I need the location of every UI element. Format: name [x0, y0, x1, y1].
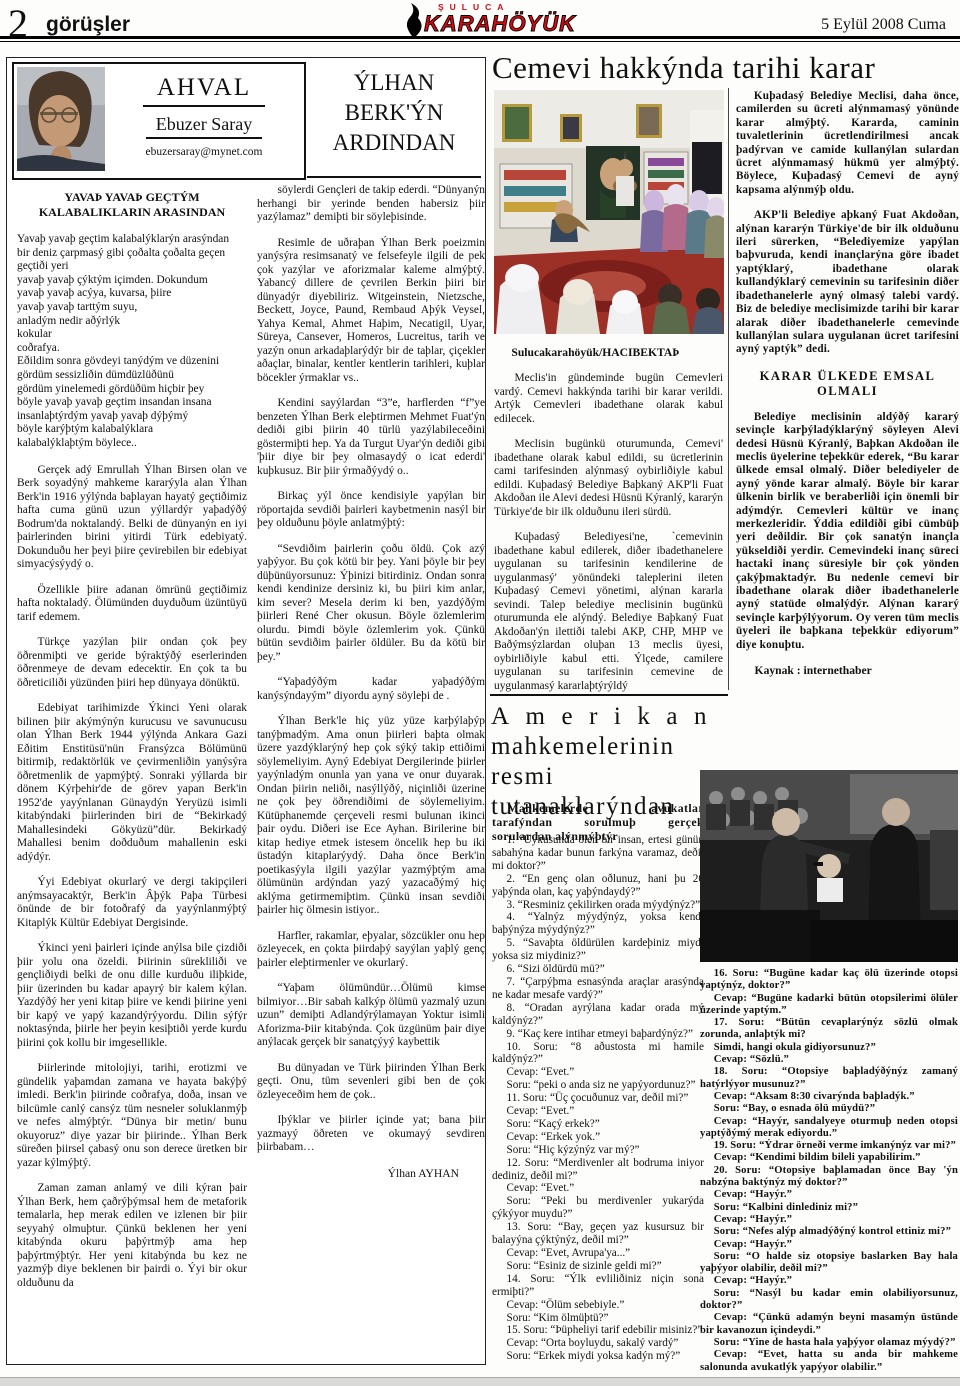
poem-line: coðrafya. — [17, 342, 247, 356]
paragraph: AKP'li Belediye aþkaný Fuat Akdoðan, alý… — [736, 209, 959, 356]
paragraph: Þiirlerinde mitolojiyi, tarihi, erotizmi… — [17, 1062, 247, 1170]
author-email[interactable]: ebuzersaray@mynet.com — [110, 146, 298, 158]
berk-column-2: söylerdi Gençleri de takip ederdi. “Düny… — [257, 184, 485, 1180]
ahval-column-header: AHVAL Ebuzer Saray ebuzersaray@mynet.com — [12, 62, 306, 180]
poem-line: gördüm yinelemedi gördüðüm hiçbir þey — [17, 383, 247, 397]
paragraph: Özellikle þiire adanan ömrünü geçtiðimiz… — [17, 584, 247, 625]
qa-line: Soru: “Kalbini dinlediniz mi?” — [700, 1202, 958, 1214]
cemevi-column-1: Sulucakarahöyük/HACIBEKTAÞ Meclis'in gün… — [494, 346, 723, 705]
author-signature: Ýlhan AYHAN — [257, 1167, 485, 1180]
qa-line: Cevap: “Çünkü adamýn beyni masamýn üstün… — [700, 1312, 958, 1337]
qa-line: 13. Soru: “Bay, geçen yaz kusursuz bir b… — [492, 1221, 704, 1247]
qa-line: Cevap: “Hayýr.” — [700, 1214, 958, 1226]
qa-line: 14. Soru: “Ýlk evliliðiniz niçin sona er… — [492, 1273, 704, 1299]
paragraph: Ýyi Edebiyat okurlarý ve dergi takipçile… — [17, 876, 247, 930]
poem: Yavaþ yavaþ geçtim kalabalýklarýn arasýn… — [17, 233, 247, 451]
qa-line: 8. “Oradan ayrýlana kadar orada mý kaldý… — [492, 1002, 704, 1028]
photo-caption: Sulucakarahöyük/HACIBEKTAÞ — [494, 346, 723, 359]
poem-line: bir deniz çarpmasý gibi çoðalta çoðalta … — [17, 247, 247, 261]
paragraph: Edebiyat tarihimizde Ýkinci Yeni olarak … — [17, 702, 247, 864]
poem-title: YAVAÞ YAVAÞ GEÇTÝM KALABALIKLARIN ARASIN… — [17, 190, 247, 220]
paragraph: söylerdi Gençleri de takip ederdi. “Düny… — [257, 184, 485, 225]
qa-line: Soru: “Kaçý erkek?” — [492, 1118, 704, 1131]
header-rule-thin — [0, 41, 960, 42]
column-divider — [728, 88, 729, 690]
qa-line: Soru: “peki o anda siz ne yapýyordunuz?” — [492, 1079, 704, 1092]
logo-figure-icon — [407, 3, 422, 36]
qa-line: 3. “Resminiz çekilirken orada mýydýnýz?” — [492, 899, 704, 912]
cemevi-column-2: Kuþadasý Belediye Meclisi, daha önce, ca… — [736, 90, 959, 677]
paragraph: Ýlhan Berk'le hiç yüz yüze karþýlaþýp ta… — [257, 715, 485, 918]
qa-line: Cevap: “Evet, Avrupa'ya...” — [492, 1247, 704, 1260]
cemevi-photo — [494, 90, 724, 334]
qa-line: Cevap: “Kendimi bildim bileli yapabiliri… — [700, 1152, 958, 1164]
poem-line: Yavaþ yavaþ geçtim kalabalýklarýn arasýn… — [17, 233, 247, 247]
qa-line: Cevap: “Ölüm sebebiyle.” — [492, 1299, 704, 1312]
cemevi-col2-bottom: Belediye meclisinin aldýðý kararý sevinç… — [736, 411, 959, 652]
berk-article: AHVAL Ebuzer Saray ebuzersaray@mynet.com… — [6, 57, 486, 1365]
issue-date: 5 Eylül 2008 Cuma — [821, 16, 946, 34]
court-qa-column-2: 16. Soru: “Bugüne kadar kaç ölü üzerinde… — [700, 968, 958, 1374]
qa-line: Cevap: “Evet.” — [492, 1066, 704, 1079]
page-number: 2 — [8, 0, 28, 47]
poem-line: Eðildim sonra gövdeyi tanýdým ve düzenin… — [17, 355, 247, 369]
qa-line: Cevap: “Sözlü.” — [700, 1054, 958, 1066]
qa-line: Cevap: “Evet.” — [492, 1105, 704, 1118]
article-title: ÝLHAN BERK'ÝN ARDINDAN — [307, 58, 481, 178]
qa-line: Cevap: “Orta boyluydu, sakalý vardý” — [492, 1337, 704, 1350]
qa-line: 2. “En genç olan oðlunuz, hani þu 20 yaþ… — [492, 873, 704, 899]
qa-line: 6. “Sizi öldürdü mü?” — [492, 963, 704, 976]
poem-line: yavaþ yavaþ tarttým suyu, — [17, 301, 247, 315]
author-photo — [17, 67, 105, 171]
qa-line: Cevap: “Evet.” — [492, 1182, 704, 1195]
header-rule — [0, 36, 960, 39]
qa-line: 20. Soru: “Otopsiye baþlamadan önce Bay … — [700, 1165, 958, 1190]
poem-line: yavaþ yavaþ çýktým içimden. Dokundum — [17, 274, 247, 288]
qa-line: 7. “Çarpýþma esnasýnda araçlar arasýnda … — [492, 976, 704, 1002]
cemevi-col2-top: Kuþadasý Belediye Meclisi, daha önce, ca… — [736, 90, 959, 357]
section-rule — [490, 694, 728, 696]
section-label: görüşler — [46, 13, 130, 37]
qa-line: 9. “Kaç kere intihar etmeyi baþardýnýz?” — [492, 1028, 704, 1041]
paragraph: Kuþadasý Belediye Meclisi, daha önce, ca… — [736, 90, 959, 197]
poem-line: geçtiði yeri — [17, 260, 247, 274]
qa-line: Soru: “Nefes alýp almadýðýný kontrol ett… — [700, 1226, 958, 1238]
cemevi-headline: Cemevi hakkýnda tarihi karar — [492, 50, 960, 86]
poem-line: yavaþ yavaþ acýya, kuvarsa, þiire — [17, 287, 247, 301]
paragraph: Iþýklar ve þiirler içinde yat; bana þiir… — [257, 1114, 485, 1155]
qa-line: 19. Soru: “Ýdrar örneði verme imkanýnýz … — [700, 1140, 958, 1152]
court-qa-column-1: 1. “Uykusunda ölen bir insan, ertesi gün… — [492, 834, 704, 1363]
paragraph: “Yaþam ölümündür…Ölümü kimse bilmiyor…Bi… — [257, 982, 485, 1050]
qa-line: Soru: “Bay, o esnada ölü müydü?” — [700, 1103, 958, 1115]
qa-line: Cevap: “Hayýr.” — [700, 1275, 958, 1287]
qa-line: Soru: “Erkek miydi yoksa kadýn mý?” — [492, 1350, 704, 1363]
qa-line: Simdi, hangi okula gidiyorsunuz?” — [700, 1042, 958, 1054]
author-name: Ebuzer Saray — [146, 111, 262, 139]
poem-line: insanlaþtýrdým yavaþ yavaþ dýþýmý — [17, 410, 247, 424]
paragraph: Kuþadasý Belediyesi'ne, `cemevinin ibade… — [494, 531, 723, 693]
paragraph: Ýkinci yeni þairleri içinde anýlsa bile … — [17, 942, 247, 1050]
poem-line: böyle karýþtým kalabalýklara — [17, 423, 247, 437]
qa-line: 1. “Uykusunda ölen bir insan, ertesi gün… — [492, 834, 704, 873]
cemevi-col1-paragraphs: Meclis'in gündeminde bugün Cemevleri var… — [494, 372, 723, 693]
newspaper-logo: ŞULUCA KARAHÖYÜK — [398, 1, 588, 37]
qa-line: 16. Soru: “Bugüne kadar kaç ölü üzerinde… — [700, 968, 958, 993]
qa-line: 10. Soru: “8 aðustosta mi hamile kaldýný… — [492, 1041, 704, 1067]
qa-line: Soru: “O halde siz otopsiye baslarken Ba… — [700, 1251, 958, 1276]
paragraph: Meclis'in gündeminde bugün Cemevleri var… — [494, 372, 723, 426]
berk-column-1: YAVAÞ YAVAÞ GEÇTÝM KALABALIKLARIN ARASIN… — [17, 190, 247, 1302]
page-bottom-edge — [0, 1377, 960, 1386]
qa-line: Soru: “Yine de hasta hala yaþýyor olamaz… — [700, 1337, 958, 1349]
qa-line: 15. Soru: “Þüpheliyi tarif edebilir misi… — [492, 1324, 704, 1337]
qa-line: 11. Soru: “Üç çocuðunuz var, deðil mi?” — [492, 1092, 704, 1105]
qa-line: 5. “Savaþta öldürülen kardeþiniz miydi y… — [492, 937, 704, 963]
source-line: Kaynak : internethaber — [736, 664, 959, 677]
poem-line: anladým nedir aðýrlýk — [17, 315, 247, 329]
paragraph: Belediye meclisinin aldýðý kararý sevinç… — [736, 411, 959, 652]
qa-line: Cevap: “Hayýr, sandalyeye oturmuþ neden … — [700, 1116, 958, 1141]
paragraph: Gerçek adý Emrullah Ýlhan Birsen olan ve… — [17, 464, 247, 572]
paragraph: Resimle de uðraþan Ýlhan Berk poeizmin y… — [257, 237, 485, 386]
poem-line: gördüm sessizliðin dümdüzlüðünü — [17, 369, 247, 383]
paragraph: “Yaþadýðým kadar yaþadýðým kanýsýndayým”… — [257, 676, 485, 703]
qa-line: Soru: “Peki bu merdivenler yukarýda çýký… — [492, 1195, 704, 1221]
paragraph: Harfler, rakamlar, eþyalar, sözcükler on… — [257, 930, 485, 971]
qa-line: 4. “Yalnýz mýydýnýz, yoksa kendi baþýnýz… — [492, 911, 704, 937]
qa-line: Cevap: “Aksam 8:30 civarýnda baþladýk.” — [700, 1091, 958, 1103]
berk-col2-paragraphs: söylerdi Gençleri de takip ederdi. “Düny… — [257, 184, 485, 1155]
qa-line: Cevap: “Bugüne kadarki bütün otopsilerim… — [700, 993, 958, 1018]
courtroom-photo — [700, 770, 958, 962]
paragraph: “Sevdiðim þairlerin çoðu öldü. Çok azý y… — [257, 543, 485, 665]
qa-line: 18. Soru: “Otopsiye baþladýðýnýz zamaný … — [700, 1066, 958, 1091]
paragraph: Kendini sayýlardan “3”e, harflerden “f”y… — [257, 397, 485, 478]
poem-line: böyle yavaþ yavaþ geçtim insandan insana — [17, 396, 247, 410]
qa-line: Cevap: “Hayýr.” — [700, 1189, 958, 1201]
svg-text:KARAHÖYÜK: KARAHÖYÜK — [424, 11, 577, 36]
paragraph: Meclisin bugünkü oturumunda, Cemevi' iba… — [494, 438, 723, 519]
berk-col1-paragraphs: Gerçek adý Emrullah Ýlhan Birsen olan ve… — [17, 464, 247, 1291]
paragraph: Birkaç yýl önce kendisiyle yapýlan bir r… — [257, 490, 485, 531]
column-title: AHVAL — [143, 72, 265, 107]
poem-line: kalabalýklaþtým böylece.. — [17, 437, 247, 451]
qa-line: Soru: “Esiniz de sizinle geldi mi?” — [492, 1260, 704, 1273]
qa-line: 17. Soru: “Bütün cevaplarýnýz sözlü olma… — [700, 1017, 958, 1042]
qa-line: Cevap: “Hayýr.” — [700, 1239, 958, 1251]
qa-line: 12. Soru: “Merdivenler alt bodruma iniyo… — [492, 1157, 704, 1183]
qa-line: Soru: “Kim ölmüþtü?” — [492, 1312, 704, 1325]
paragraph: Bu dünyadan ve Türk þiirinden Ýlhan Berk… — [257, 1062, 485, 1103]
qa-line: Cevap: “Erkek yok.” — [492, 1131, 704, 1144]
article-subhead: KARAR ÜLKEDE EMSAL OLMALI — [736, 369, 959, 399]
poem-line: kokular — [17, 328, 247, 342]
qa-line: Soru: “Hiç kýzýnýz var mý?” — [492, 1144, 704, 1157]
qa-line: Soru: “Nasýl bu kadar emin olabiliyorsun… — [700, 1288, 958, 1313]
paragraph: Zaman zaman anlamý ve dili kýran þair Ýl… — [17, 1182, 247, 1290]
qa-line: Cevap: “Evet, hatta su anda bir mahkeme … — [700, 1349, 958, 1374]
paragraph: Türkçe yazýlan þiir ondan çok þey öðrenm… — [17, 636, 247, 690]
